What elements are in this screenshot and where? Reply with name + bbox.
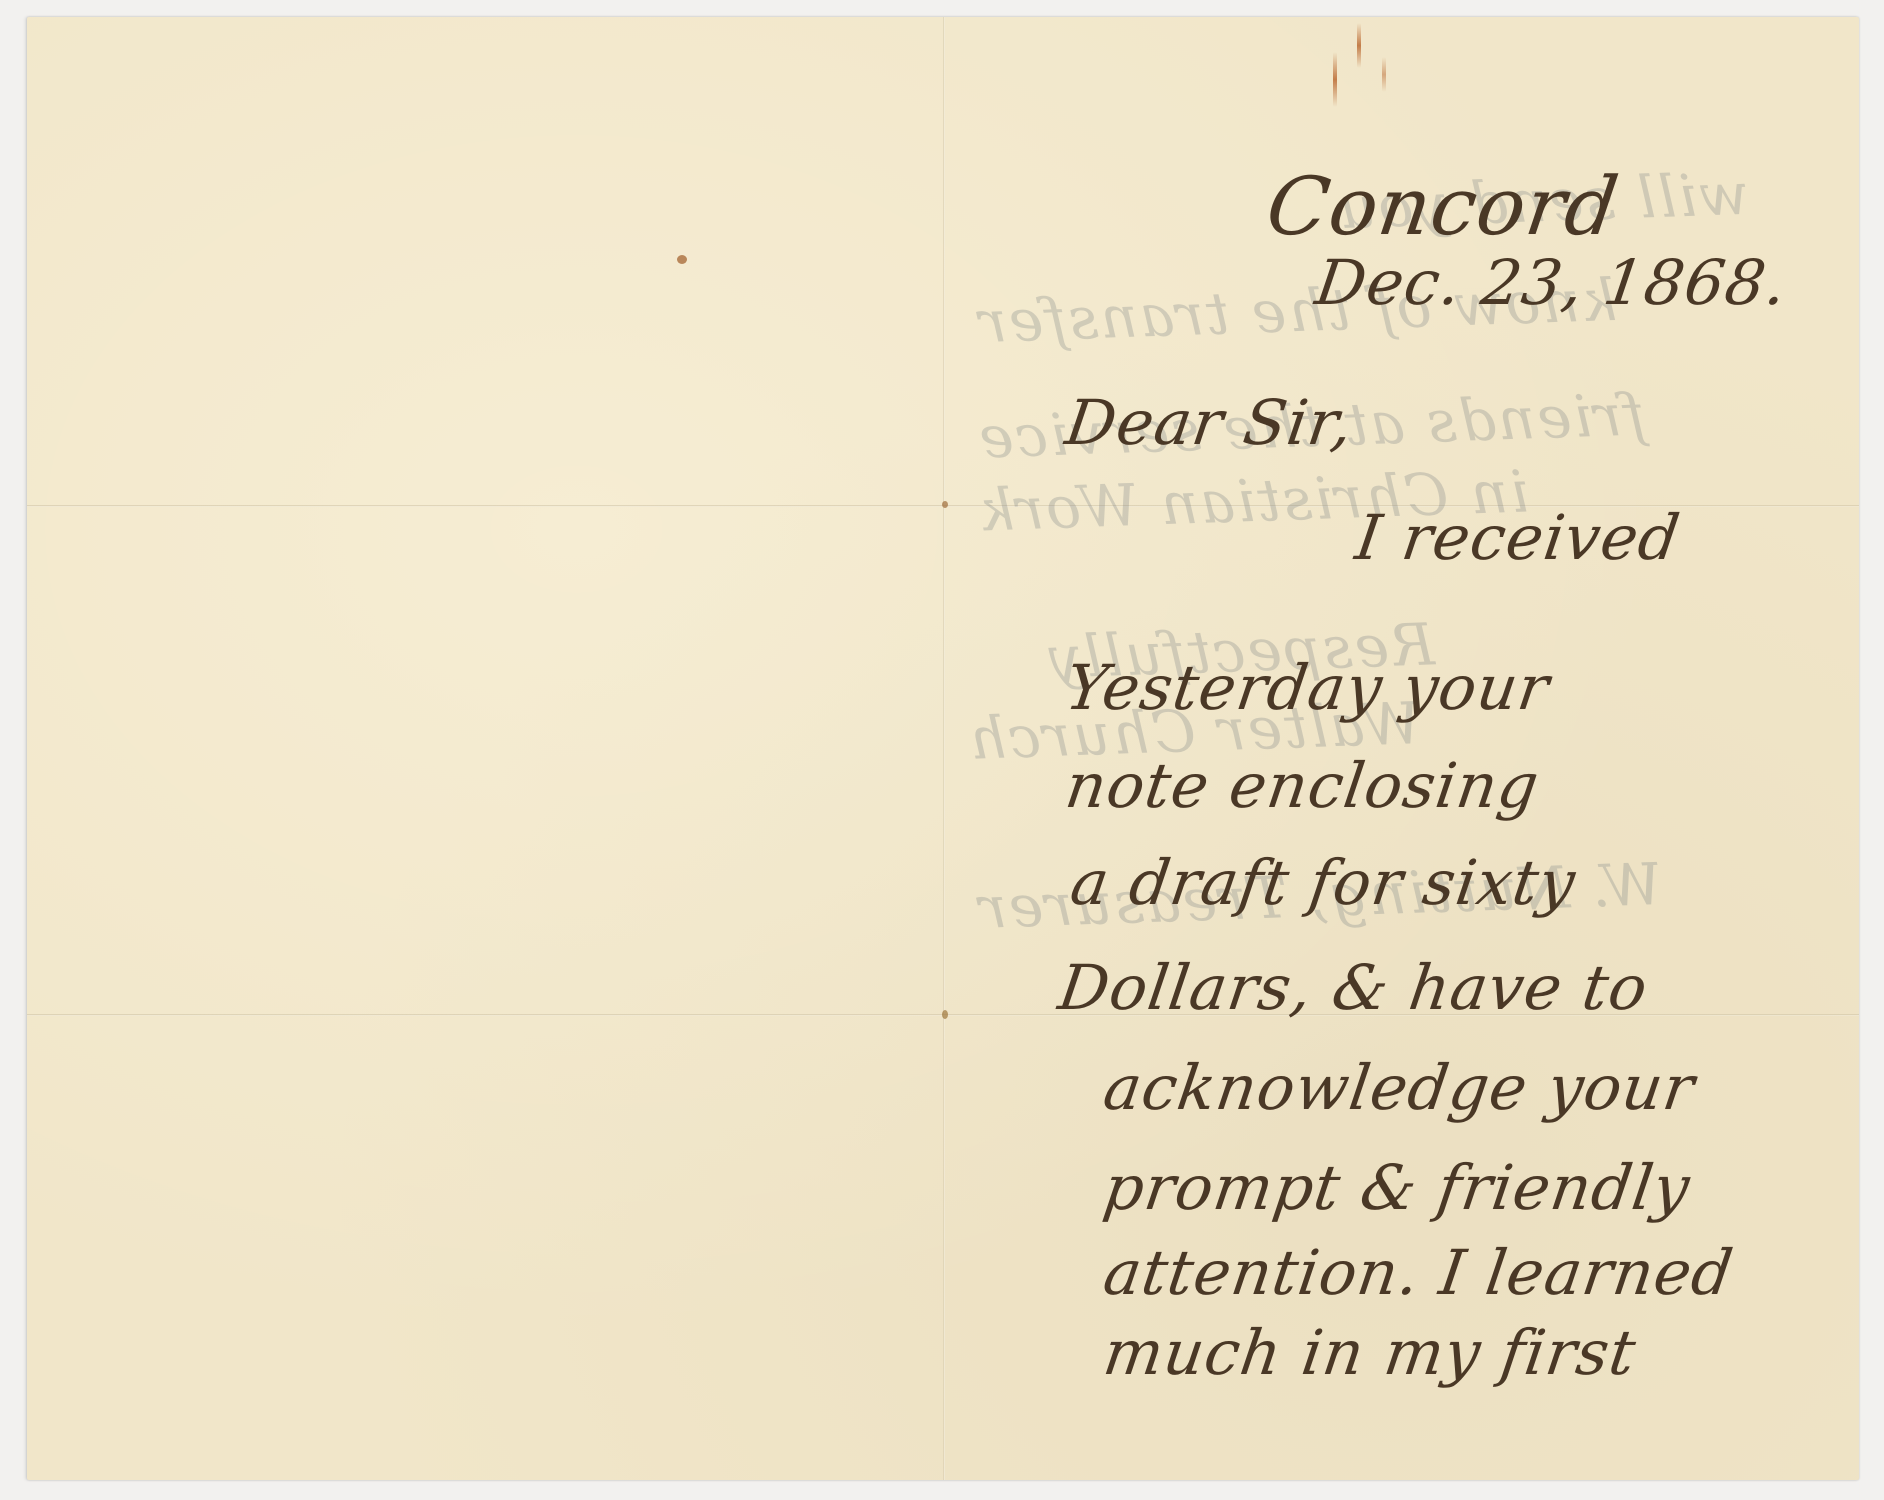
letter-body-line: I received — [1352, 507, 1684, 569]
letter-body-line: much in my first — [1100, 1322, 1640, 1384]
letter-sheet: will send you know of the transfer frien… — [27, 17, 1859, 1480]
rust-mark — [1333, 52, 1337, 107]
ink-spot — [677, 255, 687, 264]
fold-spot-upper — [942, 501, 948, 508]
letter-body-line: acknowledge your — [1100, 1057, 1699, 1119]
letter-body-line: prompt & friendly — [1100, 1157, 1694, 1219]
letter-place: Concord — [1262, 167, 1624, 247]
letter-body-line: attention. I learned — [1100, 1242, 1737, 1304]
letter-salutation: Dear Sir, — [1062, 392, 1357, 454]
vertical-fold-line — [943, 17, 945, 1480]
rust-mark — [1357, 23, 1361, 68]
letter-body-line: a draft for sixty — [1067, 852, 1579, 914]
letter-body-line: Dollars, & have to — [1055, 957, 1652, 1019]
fold-spot-lower — [942, 1010, 948, 1019]
letter-body-line: Yesterday your — [1062, 657, 1553, 719]
letter-date: Dec. 23, 1868. — [1312, 252, 1791, 314]
letter-body-line: note enclosing — [1062, 755, 1543, 817]
rust-mark — [1382, 57, 1386, 92]
